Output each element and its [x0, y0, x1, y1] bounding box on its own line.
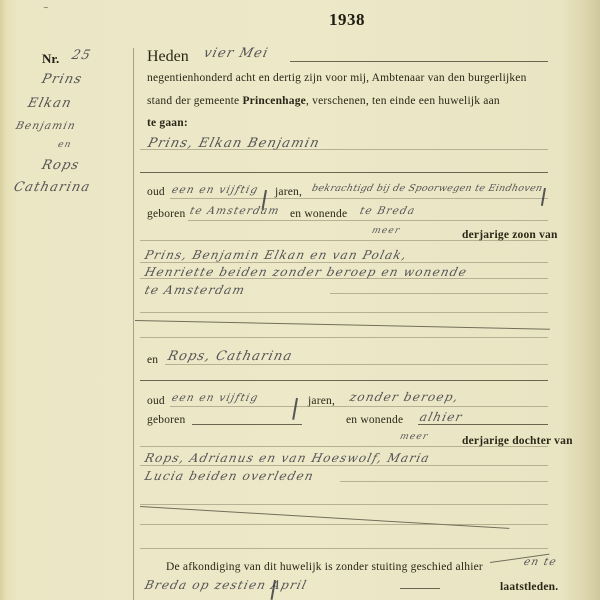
text-line-3: stand der gemeente Princenhage, verschen… [147, 95, 500, 107]
proclamation-end: laatstleden. [500, 581, 558, 593]
record-number-value: 25 [70, 48, 93, 63]
text-line-4: te gaan: [147, 117, 188, 129]
groom-born-line [188, 220, 548, 221]
proclamation-hand-1: en te [523, 556, 559, 568]
groom-living-label: en wonende [290, 208, 347, 220]
bride-parents-rule-2 [340, 481, 548, 482]
heden-date-value: vier Mei [202, 46, 270, 61]
bride-age-label: oud [147, 395, 165, 407]
margin-name-5: Catharina [12, 180, 92, 195]
groom-son-line [140, 240, 548, 241]
bride-born-label: geboren [147, 414, 185, 426]
bride-daughter-line [140, 446, 548, 447]
bride-parents-rule-1 [140, 465, 548, 466]
bride-living-value: alhier [418, 410, 464, 424]
text-line-2: negentienhonderd acht en dertig zijn voo… [147, 72, 527, 84]
margin-name-4: Rops [40, 158, 81, 173]
groom-majority: meer [371, 226, 402, 236]
groom-occupation: bekrachtigd bij de Spoorwegen te Eindhov… [311, 183, 544, 194]
margin-name-1: Elkan [26, 96, 73, 111]
proclamation-hand-2: Breda op zestien April [143, 578, 309, 592]
margin-name-3: en [57, 140, 73, 150]
margin-divider [133, 48, 134, 600]
groom-parents-rule-1 [140, 262, 548, 263]
groom-parents-line-1: Prins, Benjamin Elkan en van Polak, [143, 248, 409, 262]
groom-age-label: oud [147, 186, 165, 198]
bride-born-line [192, 424, 302, 425]
groom-parents-line-2: Henriette beiden zonder beroep en wonend… [143, 265, 469, 279]
bride-parents-line-1: Rops, Adrianus en van Hoeswolf, Maria [143, 451, 431, 465]
groom-parents-line-3: te Amsterdam [143, 283, 247, 297]
groom-living-value: te Breda [359, 205, 417, 217]
bride-blank-line [140, 380, 548, 381]
bride-occupation: zonder beroep, [348, 390, 460, 404]
groom-age-unit: jaren, [275, 186, 302, 198]
bride-name-line [165, 364, 548, 365]
bride-blank-rule-3 [140, 548, 548, 549]
bride-blank-rule-2 [140, 524, 548, 525]
bride-age-line [170, 406, 548, 407]
heden-fill-line [290, 61, 548, 62]
groom-parents-rule-3 [330, 293, 548, 294]
record-number-label: Nr. [42, 51, 59, 67]
groom-born-label: geboren [147, 208, 185, 220]
bride-label: en [147, 354, 158, 366]
proclamation-text: De afkondiging van dit huwelijk is zonde… [166, 561, 483, 573]
civil-marriage-record-page: ~ 1938 Nr. 25 Prins Elkan Benjamin en Ro… [0, 0, 600, 600]
bride-living-label: en wonende [346, 414, 403, 426]
bride-living-line [418, 424, 548, 425]
margin-name-2: Benjamin [15, 120, 78, 132]
heden-label: Heden [147, 48, 189, 66]
ink-stroke [292, 398, 297, 420]
groom-blank-rule-1 [140, 312, 548, 313]
bride-name: Rops, Catharina [166, 349, 294, 364]
corner-mark: ~ [43, 4, 49, 12]
proclamation-fill-line [400, 588, 440, 589]
bride-age-value: een en vijftig [171, 392, 260, 404]
municipality-name: Princenhage [242, 95, 306, 107]
cancel-stroke-2 [140, 506, 509, 529]
bride-parents-line-2: Lucia beiden overleden [143, 469, 315, 483]
record-year: 1938 [329, 10, 365, 30]
groom-name-line [140, 149, 548, 150]
groom-parents-rule-2 [140, 278, 548, 279]
cancel-stroke-1 [135, 320, 550, 330]
bride-majority: meer [399, 432, 430, 442]
groom-born-value: te Amsterdam [189, 205, 281, 217]
bride-blank-rule-1 [140, 504, 548, 505]
margin-name-0: Prins [40, 72, 84, 87]
groom-age-line [170, 198, 548, 199]
groom-blank-line [140, 172, 548, 173]
groom-blank-rule-2 [140, 337, 548, 338]
groom-age-value: een en vijftig [171, 184, 260, 196]
